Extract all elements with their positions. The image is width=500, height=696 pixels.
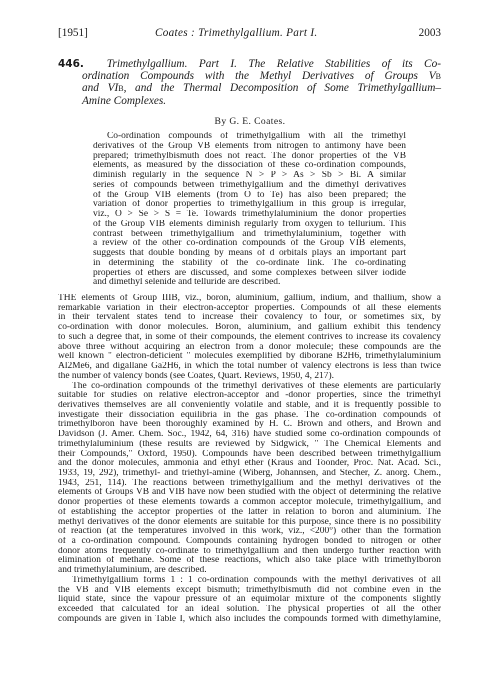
abstract-line: in determining the stability of the co-o… xyxy=(93,259,406,269)
body-line: donor atoms frequently co-ordinate to tr… xyxy=(58,547,441,557)
body-line: Al2Me6, and digallane Ga2H6, in which th… xyxy=(58,362,441,372)
body-line: and trimethylaluminium, are described. xyxy=(58,566,441,576)
body-line: in their tervalent states tend to increa… xyxy=(58,313,441,323)
abstract-line: viz., O > Se > S = Te. Towards trimethyl… xyxy=(93,210,406,220)
body-line: trimethylaluminium (these results are re… xyxy=(58,440,441,450)
running-head: [1951] Coates : Trimethylgallium. Part I… xyxy=(58,27,441,41)
page-number: 2003 xyxy=(419,27,441,39)
body-line: derivatives themselves are all convenien… xyxy=(58,401,441,411)
body-line: donor properties of these elements towar… xyxy=(58,498,441,508)
abstract-line: suggests that double bonding by means of… xyxy=(93,249,406,259)
body-line: exceeded that calculated for an ideal so… xyxy=(58,605,441,615)
running-title: Coates : Trimethylgallium. Part I. xyxy=(155,27,317,39)
abstract-line: of the Group VIB elements (from O to Te)… xyxy=(93,191,406,201)
abstract-line: diminish regularly in the sequence N > P… xyxy=(93,171,406,181)
abstract: Co-ordination compounds of trimethylgall… xyxy=(93,132,406,288)
body-line: 1933, 19, 292), trimethyl- and triethyl-… xyxy=(58,469,441,479)
body-line: of a co-ordination compound. Compounds c… xyxy=(58,537,441,547)
body-line: elimination of methane. Some of these re… xyxy=(58,556,441,566)
title-line-3a: and VI xyxy=(82,82,118,94)
body-line: their Compounds," Oxford, 1950). Compoun… xyxy=(58,450,441,460)
abstract-line: a review of the other co-ordination comp… xyxy=(93,239,406,249)
abstract-line: Co-ordination compounds of trimethylgall… xyxy=(93,132,406,142)
body-line: Davidson (J. Amer. Chem. Soc., 1942, 64,… xyxy=(58,430,441,440)
body-line: the number of valency bonds (see Coates,… xyxy=(58,372,441,382)
abstract-line: elements, as measured by the dissociatio… xyxy=(93,161,406,171)
title-line-4: Amine Complexes. xyxy=(82,95,166,107)
body-line: THE elements of Group IIIB, viz., boron,… xyxy=(58,294,441,304)
body-line: well known " electron-deficient " molecu… xyxy=(58,352,441,362)
body-line: investigate their dissociation equilibri… xyxy=(58,411,441,421)
body-line: of reaction (at the temperatures involve… xyxy=(58,527,441,537)
body-line: to such a degree that, in some of their … xyxy=(58,333,441,343)
body-line: liquid state, since the vapour pressure … xyxy=(58,595,441,605)
abstract-line: derivatives of the Group VB elements fro… xyxy=(93,142,406,152)
body-line: The co-ordination compounds of the trime… xyxy=(58,382,441,392)
abstract-line: variation of donor properties to trimeth… xyxy=(93,200,406,210)
body-line: remarkable variation in their electron-a… xyxy=(58,304,441,314)
body-line: co-ordination with donor molecules. Boro… xyxy=(58,323,441,333)
abstract-line: of the Group VIB elements diminish regul… xyxy=(93,220,406,230)
body-line: methyl derivatives of the donor elements… xyxy=(58,518,441,528)
abstract-line: contrast between trimethylgallium and tr… xyxy=(93,230,406,240)
body-paragraph-3: Trimethylgallium forms 1 : 1 co-ordinati… xyxy=(58,576,441,625)
journal-year: [1951] xyxy=(58,27,88,39)
body-line: above three without acquiring an electro… xyxy=(58,343,441,353)
body-line: 1943, 251, 114). The reactions between t… xyxy=(58,479,441,489)
body-line: the VB and VIB elements except bismuth; … xyxy=(58,586,441,596)
title-line-1: Trimethylgallium. Part I. The Relative S… xyxy=(107,58,441,70)
body-line: and the donor molecules, ammonia and eth… xyxy=(58,459,441,469)
article-number: 446. xyxy=(58,58,84,70)
abstract-line: properties of ethers are discussed, and … xyxy=(93,269,406,279)
body-line: compounds are given in Table I, which al… xyxy=(58,615,441,625)
body-paragraph-1: THE elements of Group IIIB, viz., boron,… xyxy=(58,294,441,381)
journal-page: [1951] Coates : Trimethylgallium. Part I… xyxy=(0,0,500,696)
title-line-2: ordination Compounds with the Methyl Der… xyxy=(82,70,436,82)
body-paragraph-2: The co-ordination compounds of the trime… xyxy=(58,382,441,576)
body-line: of establishing the acceptor properties … xyxy=(58,508,441,518)
body-line: Trimethylgallium forms 1 : 1 co-ordinati… xyxy=(58,576,441,586)
article-title: 446. Trimethylgallium. Part I. The Relat… xyxy=(58,58,441,107)
body-line: suitable for studies on relative electro… xyxy=(58,391,441,401)
author-byline: By G. E. Coates. xyxy=(0,116,500,127)
abstract-line: and dimethyl selenide and telluride are … xyxy=(93,278,406,288)
body-line: elements of Groups VB and VIB have now b… xyxy=(58,488,441,498)
abstract-line: series of compounds between trimethylgal… xyxy=(93,181,406,191)
body-line: trimethylboron have been thoroughly exam… xyxy=(58,420,441,430)
abstract-line: prepared; trimethylbismuth does not reac… xyxy=(93,152,406,162)
